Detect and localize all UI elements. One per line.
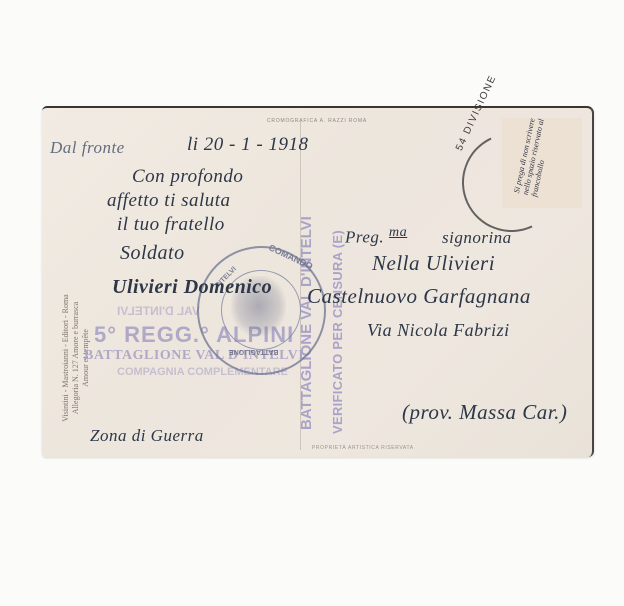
war-zone-note: Zona di Guerra <box>90 426 204 446</box>
publisher-line-2: Allegoria N. 127 Amore e burrasca <box>71 273 81 443</box>
publisher-line-1: Visintini - Mastroianni - Editori - Roma <box>61 273 71 443</box>
regiment-mirror-stamp: VAL D'INTELVI <box>117 304 200 318</box>
recipient-name: Nella Ulivieri <box>372 251 495 276</box>
printer-credit-bottom: PROPRIETÀ ARTISTICA RISERVATA <box>312 445 414 451</box>
address-salutation: Preg. ma signorina <box>345 224 512 248</box>
recipient-street: Via Nicola Fabrizi <box>367 320 510 341</box>
dateline-prefix: Dal fronte <box>50 138 125 158</box>
vertical-censor-stamp: VERIFICATO PER CENSURA (E) <box>330 230 345 434</box>
recipient-province: (prov. Massa Car.) <box>402 400 567 425</box>
message-line-3: il tuo fratello <box>117 214 225 236</box>
message-line-2: affetto ti saluta <box>107 190 231 212</box>
letter-date: li 20 - 1 - 1918 <box>187 134 308 156</box>
signature: Ulivieri Domenico <box>112 276 272 299</box>
command-seal-stamp: COMANDO INTELVI BATTAGLIONE <box>197 246 326 375</box>
message-line-1: Con profondo <box>132 166 243 188</box>
recipient-town: Castelnuovo Garfagnana <box>307 284 531 309</box>
message-line-4: Soldato <box>120 242 185 265</box>
postcard: CROMOGRAFICA A. RAZZI ROMA Visintini - M… <box>42 106 594 457</box>
